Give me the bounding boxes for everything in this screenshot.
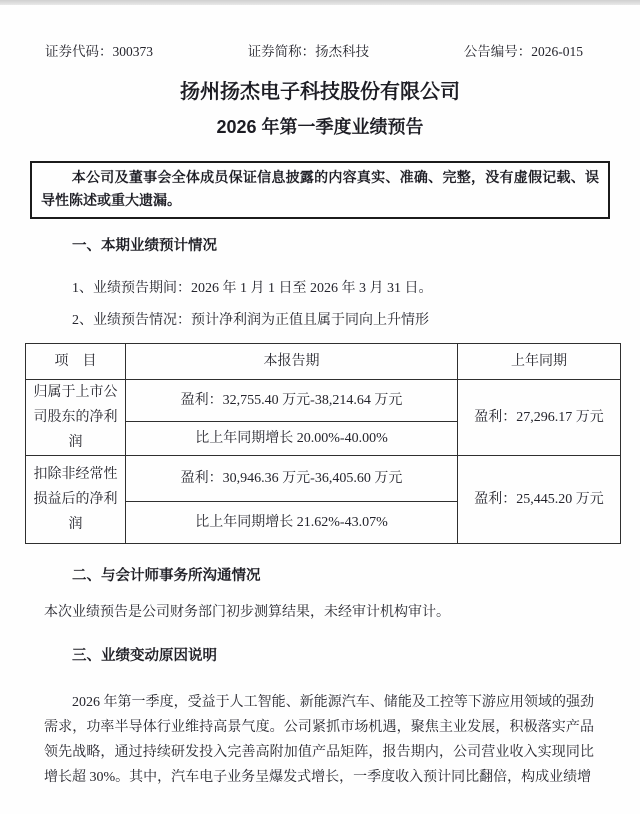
stock-code-label: 证券代码： bbox=[45, 44, 113, 59]
table-header-row: 项 目 本报告期 上年同期 bbox=[26, 344, 621, 380]
stock-name: 证券简称：扬杰科技 bbox=[248, 44, 370, 60]
row2-current-profit: 盈利：30,946.36 万元-36,405.60 万元 bbox=[126, 456, 458, 502]
forecast-period-item: 1、业绩预告期间：2026 年 1 月 1 日至 2026 年 3 月 31 日… bbox=[72, 281, 594, 297]
section-2-text: 本次业绩预告是公司财务部门初步测算结果，未经审计机构审计。 bbox=[44, 604, 594, 622]
announcement-number: 公告编号：2026-015 bbox=[464, 44, 583, 60]
row2-growth-rate: 比上年同期增长 21.62%-43.07% bbox=[126, 502, 458, 544]
table-header-current-period: 本报告期 bbox=[126, 344, 458, 380]
section-2-heading: 二、与会计师事务所沟通情况 bbox=[72, 568, 594, 584]
company-name-title: 扬州扬杰电子科技股份有限公司 bbox=[0, 80, 640, 104]
document-meta-row: 证券代码：300373 证券简称：扬杰科技 公告编号：2026-015 bbox=[45, 44, 583, 60]
stock-name-value: 扬杰科技 bbox=[315, 44, 369, 59]
table-header-item: 项 目 bbox=[26, 344, 126, 380]
row1-prior-profit: 盈利：27,296.17 万元 bbox=[458, 380, 621, 456]
table-row: 归属于上市公司股东的净利润 盈利：32,755.40 万元-38,214.64 … bbox=[26, 380, 621, 422]
section-3-text: 2026 年第一季度，受益于人工智能、新能源汽车、储能及工控等下游应用领域的强劲… bbox=[44, 690, 594, 790]
report-title: 2026 年第一季度业绩预告 bbox=[0, 116, 640, 138]
row2-item-label: 扣除非经常性损益后的净利润 bbox=[26, 456, 126, 544]
section-3-heading: 三、业绩变动原因说明 bbox=[72, 648, 594, 664]
table-row: 扣除非经常性损益后的净利润 盈利：30,946.36 万元-36,405.60 … bbox=[26, 456, 621, 502]
table-header-prior-period: 上年同期 bbox=[458, 344, 621, 380]
forecast-situation-item: 2、业绩预告情况：预计净利润为正值且属于同向上升情形 bbox=[72, 313, 594, 329]
announcement-number-label: 公告编号： bbox=[464, 44, 532, 59]
row1-growth-rate: 比上年同期增长 20.00%-40.00% bbox=[126, 422, 458, 456]
row1-current-profit: 盈利：32,755.40 万元-38,214.64 万元 bbox=[126, 380, 458, 422]
row2-prior-profit: 盈利：25,445.20 万元 bbox=[458, 456, 621, 544]
disclaimer-box: 本公司及董事会全体成员保证信息披露的内容真实、准确、完整，没有虚假记载、误导性陈… bbox=[30, 161, 610, 219]
row1-item-label: 归属于上市公司股东的净利润 bbox=[26, 380, 126, 456]
performance-forecast-table: 项 目 本报告期 上年同期 归属于上市公司股东的净利润 盈利：32,755.40… bbox=[25, 343, 621, 544]
section-1-heading: 一、本期业绩预计情况 bbox=[72, 238, 594, 254]
announcement-document: 证券代码：300373 证券简称：扬杰科技 公告编号：2026-015 扬州扬杰… bbox=[0, 0, 640, 814]
top-edge-strip bbox=[0, 0, 640, 5]
stock-code-value: 300373 bbox=[113, 44, 154, 59]
announcement-number-value: 2026-015 bbox=[531, 44, 583, 59]
stock-code: 证券代码：300373 bbox=[45, 44, 153, 60]
disclaimer-text: 本公司及董事会全体成员保证信息披露的内容真实、准确、完整，没有虚假记载、误导性陈… bbox=[41, 166, 599, 212]
stock-name-label: 证券简称： bbox=[248, 44, 316, 59]
